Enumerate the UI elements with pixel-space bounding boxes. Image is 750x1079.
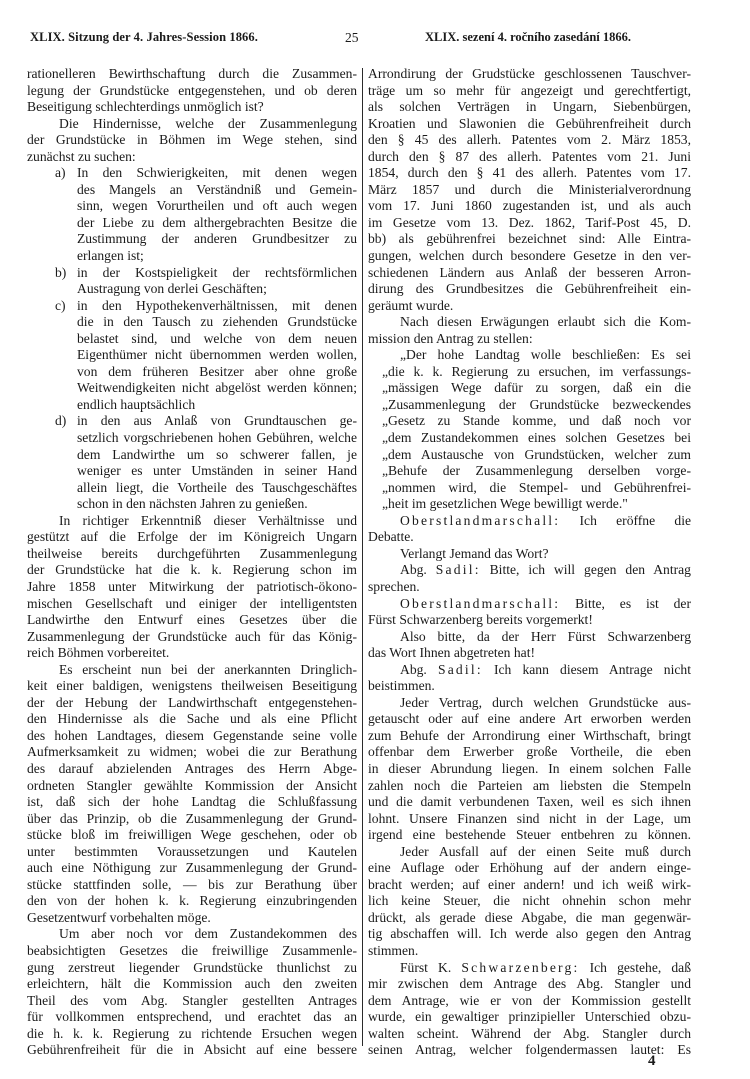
text-line: Oberstlandmarschall: Ich eröffne die [368,513,691,530]
line-text: Ich gestehe, daß [580,960,691,975]
text-line: mir zwischen dem Antrage des Abg. Stangl… [368,976,691,993]
line-text: vom 17. Juni 1860 zugestanden ist, und a… [368,198,691,213]
text-line: Nach diesen Erwägungen erlaubt sich die … [368,314,691,331]
text-line: des hohen Landtages, diesem Gegenstande … [27,728,357,745]
line-text: Weitwendigkeiten nicht abgelöst werden k… [77,380,357,395]
text-line: Jeder Vertrag, durch welchen Grundstücke… [368,695,691,712]
text-line: Debatte. [368,529,691,546]
text-line: vom 17. Juni 1860 zugestanden ist, und a… [368,198,691,215]
line-text: „dem Austausche von Grundstücken, welche… [382,447,691,462]
line-text: bracht werden; auf einer andern! und ich… [368,877,691,892]
line-text: Nach diesen Erwägungen erlaubt sich die … [400,314,691,329]
line-text: Um aber noch vor dem Zustandekommen des [59,926,357,941]
line-text: den von der hohen k. k. Regierung einzub… [27,893,357,908]
text-line: „Zusammenlegung der Grundstücke bezwecke… [368,397,691,414]
list-item-label: d) [55,413,66,430]
page-number: 25 [345,30,359,46]
line-text: setzlich vorgschriebenen hohen Gebühren,… [77,430,357,445]
text-line: stücke bloß im freiwilligen Wege gescheh… [27,827,357,844]
text-line: Gebührenfreiheit für die in Absicht auf … [27,1042,357,1059]
line-text: beistimmen. [368,678,435,693]
text-line: „nommen wird, die Stempel- und Gebührenf… [368,480,691,497]
text-line: Verlangt Jemand das Wort? [368,546,691,563]
line-text: „Zusammenlegung der Grundstücke bezwecke… [382,397,691,412]
text-line: erlangen ist; [27,248,357,265]
line-text: zahlen noch die Parteien am liebsten die… [368,778,691,793]
line-text: mischen Gesellschaft und einiger der int… [27,596,357,611]
line-text: Arrondirung der Grudstücke geschlossenen… [368,66,691,81]
text-line: geräumt wurde. [368,298,691,315]
text-line: theilweise bereits durchgeführten Zusamm… [27,546,357,563]
line-text: tig abschaffen will. Ich werde also gege… [368,926,691,941]
line-text: allein liegt, die Vortheile des Tauschge… [77,480,357,495]
text-line: für vollkommen entsprechend, und erachte… [27,1009,357,1026]
text-line: bracht werden; auf einer andern! und ich… [368,877,691,894]
header-german-title: XLIX. Sitzung der 4. Jahres-Session 1866… [30,30,258,45]
line-text: Kroatien und Slawonien die Gebührenfreih… [368,116,691,131]
text-line: als solchen Verträgen in Ungarn, Siebenb… [368,99,691,116]
text-line: auch eine Nöthigung zur Zusammenlegung d… [27,860,357,877]
line-text: stimmen. [368,943,418,958]
right-text-column: Arrondirung der Grudstücke geschlossenen… [368,66,691,1059]
text-line: walten scheint. Während der Abg. Stangle… [368,1026,691,1043]
text-line: a)In den Schwierigkeiten, mit denen wege… [27,165,357,182]
text-line: Die Hindernisse, welche der Zusammenlegu… [27,116,357,133]
text-line: drückt, als gerade diese Abgabe, die man… [368,910,691,927]
line-text: den § 45 des allerh. Patentes vom 2. Mär… [368,132,691,147]
line-text: Verlangt Jemand das Wort? [400,546,549,561]
text-line: gung zerstreut liegender Grundstücke thu… [27,960,357,977]
text-line: Also bitte, da der Herr Fürst Schwarzenb… [368,629,691,646]
line-text: stücke stattfinden solle, — bis zur Bera… [27,877,357,892]
text-line: das Wort Ihnen abgetreten hat! [368,645,691,662]
line-text: theilweise bereits durchgeführten Zusamm… [27,546,357,561]
line-text: ordneten Stangler gewählte Kommission de… [27,778,357,793]
text-line: keit einer baldigen, wenigstens theilwei… [27,678,357,695]
text-line: In richtiger Erkenntniß dieser Verhältni… [27,513,357,530]
text-line: stücke stattfinden solle, — bis zur Bera… [27,877,357,894]
line-text: belastet sind, und welche von dem neuen [77,331,357,346]
text-line: legung der Grundstücke entgegenstehen, u… [27,83,357,100]
text-line: c)in den Hypothekenverhältnissen, mit de… [27,298,357,315]
text-line: den Hindernisse als die Sache und als ei… [27,711,357,728]
line-text: unter bestimmten Voraussetzungen und Kau… [27,844,357,859]
line-text: stücke bloß im freiwilligen Wege gescheh… [27,827,357,842]
text-line: den § 45 des allerh. Patentes vom 2. Mär… [368,132,691,149]
line-text: „die k. k. Regierung zu ersuchen, im ver… [382,364,691,379]
text-line: dirung des Grundbesitzes die Gebührenfre… [368,281,691,298]
line-text: in den aus Anlaß von Grundtauschen ge- [77,413,357,428]
line-text: mission den Antrag zu stellen: [368,331,533,346]
line-text: Fürst Schwarzenberg bereits vorgemerkt! [368,612,593,627]
text-line: Fürst Schwarzenberg bereits vorgemerkt! [368,612,691,629]
text-line: der Liebe zu dem althergebrachten Besitz… [27,215,357,232]
line-text: Theil des vom Abg. Stangler gestellten A… [27,993,357,1008]
line-text: Also bitte, da der Herr Fürst Schwarzenb… [400,629,691,644]
line-text: Jahre 1858 unter Mitwirkung der patrioti… [27,579,357,594]
left-text-column: rationelleren Bewirthschaftung durch die… [27,66,357,1059]
line-text: lich keine Steuer, die nicht ohnehin sch… [368,893,691,908]
signature-mark: 4 [648,1053,656,1070]
text-line: und die damit verbundenen Taxen, weil es… [368,794,691,811]
text-line: eine Auflage oder Erhöhung auf der ander… [368,860,691,877]
text-line: lohnt. Unsere Finanzen sind nicht in der… [368,811,691,828]
line-text: in dieser Abrundung liegen. In einem sol… [368,761,691,776]
line-text: gestützt auf die Erfolge der im Königrei… [27,529,357,544]
line-text: Jeder Vertrag, durch welchen Grundstücke… [400,695,691,710]
text-line: sprechen. [368,579,691,596]
line-text: in der Kostspieligkeit der rechtsförmlic… [77,265,357,280]
line-text: irgend eine bestehende Steuer entbehren … [368,827,691,842]
text-line: wurde, ein gewaltiger prinzipieller Unte… [368,1009,691,1026]
text-line: zunächst zu suchen: [27,149,357,166]
text-line: irgend eine bestehende Steuer entbehren … [368,827,691,844]
speaker-name: Sadil: [436,562,481,577]
text-line: Weitwendigkeiten nicht abgelöst werden k… [27,380,357,397]
line-text: „mässigen Wege dafür zu sorgen, daß ein … [382,380,691,395]
line-text: durch den § 87 des allerh. Patentes vom … [368,149,691,164]
text-line: stimmen. [368,943,691,960]
line-text: schon in den nächsten Jahren zu genießen… [77,496,308,511]
line-text: In den Schwierigkeiten, mit denen wegen [77,165,357,180]
text-line: der der Hebung der Landwirthschaft entge… [27,695,357,712]
text-line: Theil des vom Abg. Stangler gestellten A… [27,993,357,1010]
line-text: und die damit verbundenen Taxen, weil es… [368,794,691,809]
line-text: „nommen wird, die Stempel- und Gebührenf… [382,480,691,495]
text-line: „Der hohe Landtag wolle beschließen: Es … [368,347,691,364]
text-line: Fürst K. Schwarzenberg: Ich gestehe, daß [368,960,691,977]
line-text: Die Hindernisse, welche der Zusammenlegu… [59,116,357,131]
text-line: von dem früheren Besitzer aber ohne groß… [27,364,357,381]
line-text: Bitte, ich will gegen den Antrag [481,562,691,577]
speaker-name: Schwarzenberg: [461,960,579,975]
text-line: März 1857 und durch die Ministerialveror… [368,182,691,199]
text-line: sinn, wegen Vorurtheilen und oft auch we… [27,198,357,215]
text-line: „Gesetz zu Stande komme, und daß noch vo… [368,413,691,430]
line-text: erleichtern, hält die Kommission auch de… [27,976,357,991]
text-line: Kroatien und Slawonien die Gebührenfreih… [368,116,691,133]
line-text: beabsichtigten Gesetzes die freiwillige … [27,943,357,958]
line-text: Eigenthümer nicht übernommen werden woll… [77,347,357,362]
line-text: die h. k. k. Regierung zu richtende Ersu… [27,1026,357,1041]
line-text: „Der hohe Landtag wolle beschließen: Es … [400,347,691,362]
line-text: wurde, ein gewaltiger prinzipieller Unte… [368,1009,691,1024]
line-text: geräumt wurde. [368,298,453,313]
text-line: Abg. Sadil: Ich kann diesem Antrage nich… [368,662,691,679]
line-text: endlich hauptsächlich [77,397,195,412]
column-divider [362,68,363,1046]
line-text: über das Prinzip, ob die Zusammenlegung … [27,811,357,826]
text-line: des Mangels an Verständniß und Gemein- [27,182,357,199]
text-line: „mässigen Wege dafür zu sorgen, daß ein … [368,380,691,397]
line-text: Beseitigung schlechterdings unmöglich is… [27,99,264,114]
text-line: „dem Austausche von Grundstücken, welche… [368,447,691,464]
text-line: Gesetzentwurf vorbehalten möge. [27,910,357,927]
text-line: Es erscheint nun bei der anerkannten Dri… [27,662,357,679]
text-line: weniger es unter Umständen in seiner Han… [27,463,357,480]
text-line: in dieser Abrundung liegen. In einem sol… [368,761,691,778]
line-text: des hohen Landtages, diesem Gegenstande … [27,728,357,743]
line-text: 1854, durch den § 41 des allerh. Patente… [368,165,691,180]
text-line: die h. k. k. Regierung zu richtende Ersu… [27,1026,357,1043]
text-line: 1854, durch den § 41 des allerh. Patente… [368,165,691,182]
line-text: „Gesetz zu Stande komme, und daß noch vo… [382,413,691,428]
line-text: Zustimmung der anderen Grundbesitzer zu [77,231,357,246]
text-line: zahlen noch die Parteien am liebsten die… [368,778,691,795]
line-text: „Behufe der Zusammenlegung derselben vor… [382,463,691,478]
text-line: träge um so mehr für angezeigt und gerec… [368,83,691,100]
text-line: die in den Tausch zu ziehenden Grundstüc… [27,314,357,331]
line-text: erlangen ist; [77,248,144,263]
text-line: erleichtern, hält die Kommission auch de… [27,976,357,993]
text-line: dem Landwirthe um so schwerer fallen, je [27,447,357,464]
line-text: März 1857 und durch die Ministerialveror… [368,182,691,197]
text-line: Aufmerksamkeit zu widmen; wobei die zur … [27,744,357,761]
text-line: den von der hohen k. k. Regierung einzub… [27,893,357,910]
line-text: In richtiger Erkenntniß dieser Verhältni… [59,513,357,528]
text-line: zum Behufe der Arrondirung einer Wirthsc… [368,728,691,745]
text-line: Oberstlandmarschall: Bitte, es ist der [368,596,691,613]
line-text: gung zerstreut liegender Grundstücke thu… [27,960,357,975]
line-text: „dem Zustandekommen eines solchen Gesetz… [382,430,691,445]
line-text: zum Behufe der Arrondirung einer Wirthsc… [368,728,691,743]
line-text: weniger es unter Umständen in seiner Han… [77,463,357,478]
text-line: mission den Antrag zu stellen: [368,331,691,348]
text-line: reich Böhmen vorbereitet. [27,645,357,662]
line-text: gungen, welchen durch besondere Gesetze … [368,248,691,263]
line-text: lohnt. Unsere Finanzen sind nicht in der… [368,811,691,826]
line-text: walten scheint. Während der Abg. Stangle… [368,1026,691,1041]
speaker-name: Sadil: [438,662,483,677]
line-text: im Gesetze vom 13. Dez. 1862, Tarif-Post… [368,215,691,230]
header-czech-title: XLIX. sezení 4. ročního zasedání 1866. [425,30,631,45]
line-text: dirung des Grundbesitzes die Gebührenfre… [368,281,691,296]
text-line: seinen Antrag, welcher folgendermassen l… [368,1042,691,1059]
line-text: dem Antrage, wie er von der Kommission g… [368,993,691,1008]
line-text: eine Auflage oder Erhöhung auf der ander… [368,860,691,875]
text-line: Landwirthe den Entwurf eines Gesetzes üb… [27,612,357,629]
text-line: bb) als gebührenfrei bezeichnet sind: Al… [368,231,691,248]
line-text: Ich kann diesem Antrage nicht [483,662,691,677]
line-text: sinn, wegen Vorurtheilen und oft auch we… [77,198,357,213]
line-text: Ich eröffne die [560,513,691,528]
speaker-prefix: Abg. [400,562,436,577]
line-text: reich Böhmen vorbereitet. [27,645,169,660]
list-item-label: a) [55,165,66,182]
line-text: für vollkommen entsprechend, und erachte… [27,1009,357,1024]
text-line: mischen Gesellschaft und einiger der int… [27,596,357,613]
line-text: als solchen Verträgen in Ungarn, Siebenb… [368,99,691,114]
text-line: endlich hauptsächlich [27,397,357,414]
line-text: das Wort Ihnen abgetreten hat! [368,645,535,660]
text-line: offenbar dem Erwerber große Vortheile, d… [368,744,691,761]
line-text: den Hindernisse als die Sache und als ei… [27,711,357,726]
line-text: zunächst zu suchen: [27,149,136,164]
line-text: Austragung von derlei Geschäften; [77,281,267,296]
line-text: Gesetzentwurf vorbehalten möge. [27,910,211,925]
text-line: beistimmen. [368,678,691,695]
speaker-prefix: Abg. [400,662,438,677]
text-line: der Grundstücke hat die k. k. Regierung … [27,562,357,579]
text-line: Zustimmung der anderen Grundbesitzer zu [27,231,357,248]
line-text: Zusammenlegung der Grundstücke auch für … [27,629,357,644]
text-line: Austragung von derlei Geschäften; [27,281,357,298]
text-line: Eigenthümer nicht übernommen werden woll… [27,347,357,364]
text-line: des darauf abzielenden Antrages des Herr… [27,761,357,778]
line-text: der der Hebung der Landwirthschaft entge… [27,695,357,710]
text-line: ist, daß sich der hohe Landtag die Schlu… [27,794,357,811]
line-text: der Grundstücke hat die k. k. Regierung … [27,562,357,577]
text-line: gungen, welchen durch besondere Gesetze … [368,248,691,265]
text-line: setzlich vorgschriebenen hohen Gebühren,… [27,430,357,447]
text-line: ordneten Stangler gewählte Kommission de… [27,778,357,795]
text-line: Jahre 1858 unter Mitwirkung der patrioti… [27,579,357,596]
text-line: Abg. Sadil: Bitte, ich will gegen den An… [368,562,691,579]
text-line: durch den § 87 des allerh. Patentes vom … [368,149,691,166]
text-line: belastet sind, und welche von dem neuen [27,331,357,348]
text-line: allein liegt, die Vortheile des Tauschge… [27,480,357,497]
running-header: XLIX. Sitzung der 4. Jahres-Session 1866… [30,30,670,48]
line-text: seinen Antrag, welcher folgendermassen l… [368,1042,691,1057]
text-line: Beseitigung schlechterdings unmöglich is… [27,99,357,116]
text-line: „dem Zustandekommen eines solchen Gesetz… [368,430,691,447]
text-line: Um aber noch vor dem Zustandekommen des [27,926,357,943]
line-text: träge um so mehr für angezeigt und gerec… [368,83,691,98]
text-line: beabsichtigten Gesetzes die freiwillige … [27,943,357,960]
text-line: d)in den aus Anlaß von Grundtauschen ge- [27,413,357,430]
line-text: Aufmerksamkeit zu widmen; wobei die zur … [27,744,357,759]
text-line: Arrondirung der Grudstücke geschlossenen… [368,66,691,83]
line-text: mir zwischen dem Antrage des Abg. Stangl… [368,976,691,991]
line-text: des Mangels an Verständniß und Gemein- [77,182,357,197]
speaker-prefix: Fürst K. [400,960,461,975]
text-line: unter bestimmten Voraussetzungen und Kau… [27,844,357,861]
line-text: auch eine Nöthigung zur Zusammenlegung d… [27,860,357,875]
text-line: lich keine Steuer, die nicht ohnehin sch… [368,893,691,910]
text-line: dem Antrage, wie er von der Kommission g… [368,993,691,1010]
line-text: dem Landwirthe um so schwerer fallen, je [77,447,357,462]
line-text: offenbar dem Erwerber große Vortheile, d… [368,744,691,759]
line-text: bb) als gebührenfrei bezeichnet sind: Al… [368,231,691,246]
list-item-label: b) [55,265,66,282]
text-line: „heit im gesetzlichen Wege bewilligt wer… [368,496,691,513]
text-line: Zusammenlegung der Grundstücke auch für … [27,629,357,646]
line-text: von dem früheren Besitzer aber ohne groß… [77,364,357,379]
text-line: Jeder Ausfall auf der einen Seite muß du… [368,844,691,861]
text-line: schiedenen Ländern aus Anlaß der bessere… [368,265,691,282]
speaker-name: Oberstlandmarschall: [400,596,560,611]
text-line: der Grundstücke in Böhmen im Wege stehen… [27,132,357,149]
text-line: rationelleren Bewirthschaftung durch die… [27,66,357,83]
line-text: sprechen. [368,579,420,594]
line-text: getauscht oder auf eine andere Art erwor… [368,711,691,726]
line-text: Bitte, es ist der [560,596,691,611]
text-line: schon in den nächsten Jahren zu genießen… [27,496,357,513]
text-line: getauscht oder auf eine andere Art erwor… [368,711,691,728]
line-text: rationelleren Bewirthschaftung durch die… [27,66,357,81]
line-text: ist, daß sich der hohe Landtag die Schlu… [27,794,357,809]
line-text: der Grundstücke in Böhmen im Wege stehen… [27,132,357,147]
line-text: Jeder Ausfall auf der einen Seite muß du… [400,844,691,859]
text-line: im Gesetze vom 13. Dez. 1862, Tarif-Post… [368,215,691,232]
line-text: keit einer baldigen, wenigstens theilwei… [27,678,357,693]
text-line: gestützt auf die Erfolge der im Königrei… [27,529,357,546]
line-text: Es erscheint nun bei der anerkannten Dri… [59,662,357,677]
line-text: Landwirthe den Entwurf eines Gesetzes üb… [27,612,357,627]
text-line: tig abschaffen will. Ich werde also gege… [368,926,691,943]
text-line: über das Prinzip, ob die Zusammenlegung … [27,811,357,828]
line-text: schiedenen Ländern aus Anlaß der bessere… [368,265,691,280]
speaker-name: Oberstlandmarschall: [400,513,560,528]
line-text: Gebührenfreiheit für die in Absicht auf … [27,1042,357,1057]
line-text: legung der Grundstücke entgegenstehen, u… [27,83,357,98]
line-text: des darauf abzielenden Antrages des Herr… [27,761,357,776]
line-text: „heit im gesetzlichen Wege bewilligt wer… [382,496,628,511]
line-text: die in den Tausch zu ziehenden Grundstüc… [77,314,357,329]
line-text: in den Hypothekenverhältnissen, mit dene… [77,298,357,313]
text-line: „Behufe der Zusammenlegung derselben vor… [368,463,691,480]
text-line: b)in der Kostspieligkeit der rechtsförml… [27,265,357,282]
line-text: Debatte. [368,529,414,544]
text-line: „die k. k. Regierung zu ersuchen, im ver… [368,364,691,381]
line-text: der Liebe zu dem althergebrachten Besitz… [77,215,357,230]
list-item-label: c) [55,298,66,315]
line-text: drückt, als gerade diese Abgabe, die man… [368,910,691,925]
